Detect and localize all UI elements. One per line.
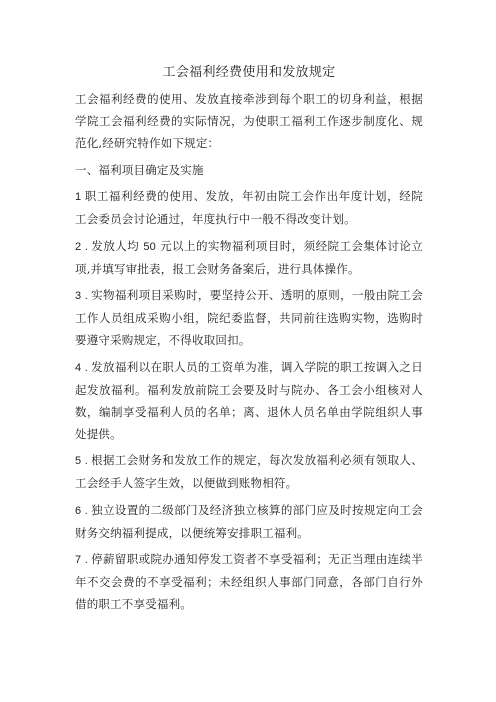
item-4: 4 .发放福利以在职人员的工资单为准，调入学院的职工按调入之日起发放福利。福利发… xyxy=(75,356,423,445)
intro-paragraph: 工会福利经费的使用、发放直接牵涉到每个职工的切身利益，根据学院工会福利经费的实际… xyxy=(75,88,423,154)
item-5: 5 .根据工会财务和发放工作的规定，每次发放福利必须有领取人、工会经手人签字生效… xyxy=(75,449,423,494)
item-text: 根据工会财务和发放工作的规定，每次发放福利必须有领取人、工会经手人签字生效，以便… xyxy=(75,453,423,490)
document-title: 工会福利经费使用和发放规定 xyxy=(75,62,423,84)
item-number: 1 xyxy=(75,191,81,203)
item-text: 实物福利项目采购时，要坚持公开、透明的原则，一般由院工会工作人员组成采购小组，院… xyxy=(75,288,423,347)
item-number: 4 . xyxy=(75,362,88,374)
item-7: 7 .停薪留职或院办通知停发工资者不享受福利；无正当理由连续半年不交会费的不享受… xyxy=(75,548,423,615)
item-text: 停薪留职或院办通知停发工资者不享受福利；无正当理由连续半年不交会费的不享受福利；… xyxy=(75,552,423,611)
amount-value: 50 xyxy=(143,241,156,253)
item-6: 6 .独立设置的二级部门及经济独立核算的部门应及时按规定向工会财务交纳福利提成，… xyxy=(75,499,423,544)
item-number: 2 . xyxy=(75,241,88,253)
document-page: 工会福利经费使用和发放规定 工会福利经费的使用、发放直接牵涉到每个职工的切身利益… xyxy=(75,62,423,620)
item-text: 发放福利以在职人员的工资单为准，调入学院的职工按调入之日起发放福利。福利发放前院… xyxy=(75,360,423,441)
item-text: 发放人均 xyxy=(91,239,143,253)
item-number: 3 . xyxy=(75,290,88,302)
item-3: 3 .实物福利项目采购时，要坚持公开、透明的原则，一般由院工会工作人员组成采购小… xyxy=(75,284,423,351)
item-2: 2 .发放人均 50 元以上的实物福利项目时，须经院工会集体讨论立项,并填写审批… xyxy=(75,235,423,280)
item-1: 1职工福利经费的使用、发放，年初由院工会作出年度计划，经院工会委员会讨论通过，年… xyxy=(75,185,423,230)
item-text: 职工福利经费的使用、发放，年初由院工会作出年度计划，经院工会委员会讨论通过，年度… xyxy=(75,189,423,226)
section-heading: 一、福利项目确定及实施 xyxy=(75,159,423,181)
item-number: 7 . xyxy=(75,554,88,566)
item-text: 独立设置的二级部门及经济独立核算的部门应及时按规定向工会财务交纳福利提成，以便统… xyxy=(75,503,423,540)
item-number: 6 . xyxy=(75,505,88,517)
item-number: 5 . xyxy=(75,455,88,467)
